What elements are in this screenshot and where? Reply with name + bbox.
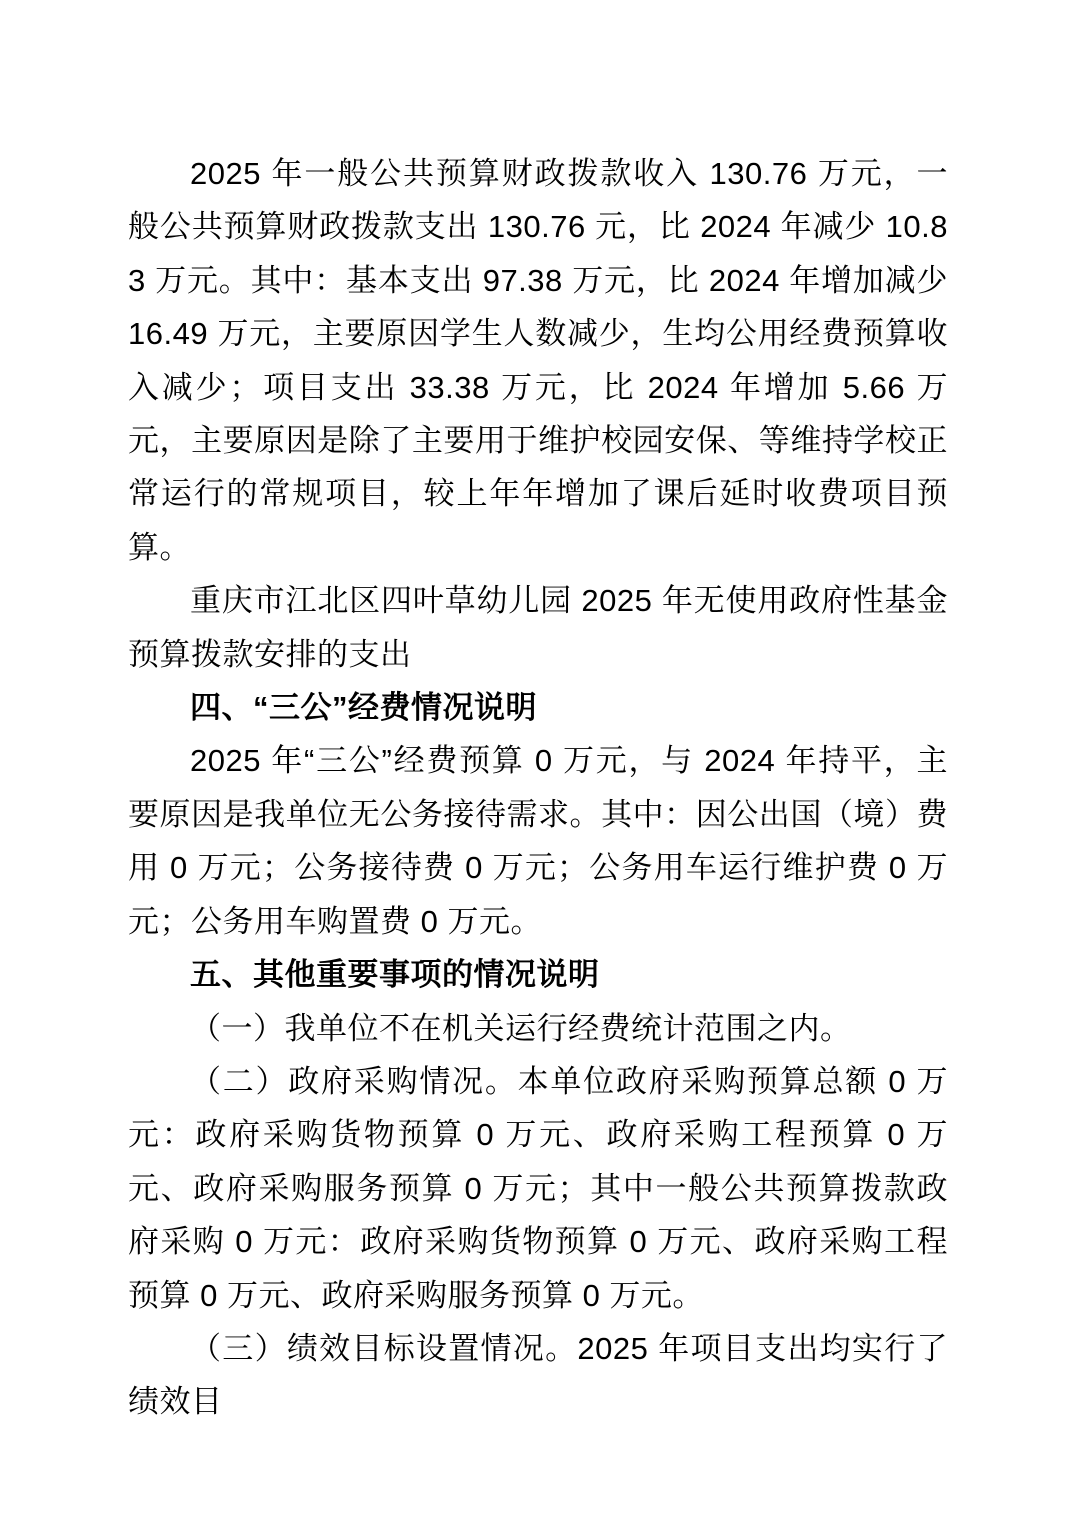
document-body: 2025 年一般公共预算财政拨款收入 130.76 万元，一般公共预算财政拨款支… <box>128 147 948 1429</box>
item-1-paragraph: （一）我单位不在机关运行经费统计范围之内。 <box>128 1002 948 1055</box>
document-page: 2025 年一般公共预算财政拨款收入 130.76 万元，一般公共预算财政拨款支… <box>0 0 1074 1520</box>
item-2-procurement-paragraph: （二）政府采购情况。本单位政府采购预算总额 0 万元：政府采购货物预算 0 万元… <box>128 1055 948 1322</box>
section-5-heading: 五、其他重要事项的情况说明 <box>128 948 948 1001</box>
item-3-performance-paragraph: （三）绩效目标设置情况。2025 年项目支出均实行了绩效目 <box>128 1322 948 1429</box>
government-fund-paragraph: 重庆市江北区四叶草幼儿园 2025 年无使用政府性基金预算拨款安排的支出 <box>128 574 948 681</box>
budget-income-expense-paragraph: 2025 年一般公共预算财政拨款收入 130.76 万元，一般公共预算财政拨款支… <box>128 147 948 574</box>
section-4-heading: 四、“三公”经费情况说明 <box>128 681 948 734</box>
three-public-expense-paragraph: 2025 年“三公”经费预算 0 万元，与 2024 年持平，主要原因是我单位无… <box>128 734 948 948</box>
